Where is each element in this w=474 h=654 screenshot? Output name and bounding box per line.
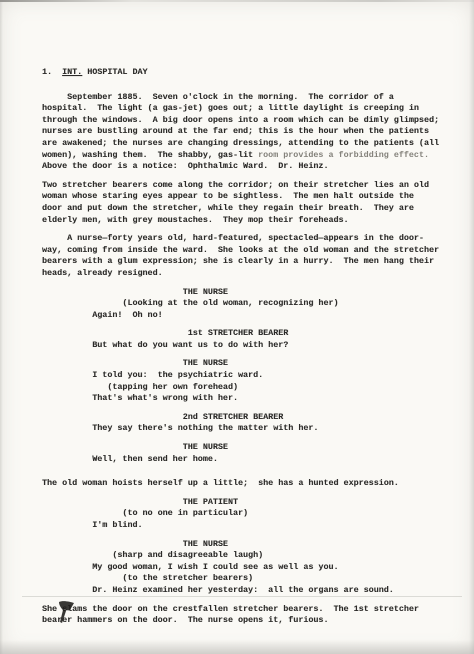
action-line: bearers with a glum expression; she is c…	[42, 256, 439, 268]
action-paragraph: September 1885. Seven o'clock in the mor…	[42, 92, 439, 173]
parenthetical: (to the stretcher bearers)	[42, 573, 439, 585]
action-line: Two stretcher bearers come along the cor…	[42, 180, 439, 192]
action-line: bearer hammers on the door. The nurse op…	[42, 615, 439, 627]
scan-edge-bottom	[0, 640, 474, 654]
action-line: A nurse—forty years old, hard-featured, …	[42, 233, 439, 245]
action-line: woman whose staring eyes appear to be si…	[42, 191, 439, 203]
dialogue-block: THE NURSE Well, then send her home.	[42, 442, 439, 465]
dialogue-line: I told you: the psychiatric ward.	[42, 370, 439, 382]
action-line: door and put down the stretcher, while t…	[42, 203, 439, 215]
action-line: elderly men, with grey moustaches. They …	[42, 215, 439, 227]
dialogue-block: THE NURSE (sharp and disagreeable laugh)…	[42, 539, 439, 597]
action-line: are awakened; the nurses are changing dr…	[42, 138, 439, 150]
action-line: hospital. The light (a gas-jet) goes out…	[42, 103, 439, 115]
dialogue-line: That's what's wrong with her.	[42, 393, 439, 405]
dialogue-block: 1st STRETCHER BEARER But what do you wan…	[42, 328, 439, 351]
character-name: 2nd STRETCHER BEARER	[42, 412, 439, 424]
action-paragraph: Two stretcher bearers come along the cor…	[42, 180, 439, 226]
character-name: THE NURSE	[42, 539, 439, 551]
dialogue-line: They say there's nothing the matter with…	[42, 423, 439, 435]
character-name: THE NURSE	[42, 442, 439, 454]
script-page: 1. INT. HOSPITAL DAY September 1885. Sev…	[0, 0, 474, 654]
scan-edge-top	[0, 0, 474, 2]
action-line: The old woman hoists herself up a little…	[42, 478, 439, 490]
dialogue-line: Again! Oh no!	[42, 310, 439, 322]
scene-title: HOSPITAL DAY	[82, 67, 147, 77]
dialogue-block: THE NURSE I told you: the psychiatric wa…	[42, 358, 439, 404]
dialogue-line: But what do you want us to do with her?	[42, 340, 439, 352]
parenthetical: (tapping her own forehead)	[42, 382, 439, 394]
typewritten-content: 1. INT. HOSPITAL DAY September 1885. Sev…	[42, 67, 439, 634]
scan-edge-left	[0, 0, 3, 654]
parenthetical: (Looking at the old woman, recognizing h…	[42, 298, 439, 310]
action-line-faded-segment: room provides a forbidding effect.	[258, 150, 429, 160]
parenthetical: (to no one in particular)	[42, 508, 439, 520]
character-name: THE PATIENT	[42, 497, 439, 509]
action-line: She slams the door on the crestfallen st…	[42, 604, 439, 616]
action-line: September 1885. Seven o'clock in the mor…	[42, 92, 439, 104]
action-paragraph: A nurse—forty years old, hard-featured, …	[42, 233, 439, 279]
character-name: THE NURSE	[42, 358, 439, 370]
dialogue-line: My good woman, I wish I could see as wel…	[42, 562, 439, 574]
dialogue-line: Dr. Heinz examined her yesterday: all th…	[42, 585, 439, 597]
dialogue-line: Well, then send her home.	[42, 454, 439, 466]
dialogue-block: THE NURSE (Looking at the old woman, rec…	[42, 287, 439, 322]
dialogue-block: 2nd STRETCHER BEARER They say there's no…	[42, 412, 439, 435]
ink-blot-mark	[55, 599, 79, 627]
dialogue-line: I'm blind.	[42, 520, 439, 532]
action-line: heads, already resigned.	[42, 268, 439, 280]
action-line-segment: women), washing them. The shabby, gas-li…	[42, 150, 258, 160]
scan-edge-right	[469, 0, 474, 654]
scene-int-label: INT.	[62, 67, 82, 77]
action-line: through the windows. A big door opens in…	[42, 115, 439, 127]
character-name: THE NURSE	[42, 287, 439, 299]
action-line: way, coming from inside the ward. She lo…	[42, 245, 439, 257]
action-paragraph: She slams the door on the crestfallen st…	[42, 604, 439, 627]
character-name: 1st STRETCHER BEARER	[42, 328, 439, 340]
parenthetical: (sharp and disagreeable laugh)	[42, 550, 439, 562]
scene-number: 1.	[42, 67, 62, 77]
action-line: nurses are bustling around at the far en…	[42, 126, 439, 138]
scene-heading: 1. INT. HOSPITAL DAY	[42, 67, 439, 79]
dialogue-block: THE PATIENT (to no one in particular) I'…	[42, 497, 439, 532]
action-line: women), washing them. The shabby, gas-li…	[42, 150, 439, 162]
action-line: Above the door is a notice: Ophthalmic W…	[42, 161, 439, 173]
